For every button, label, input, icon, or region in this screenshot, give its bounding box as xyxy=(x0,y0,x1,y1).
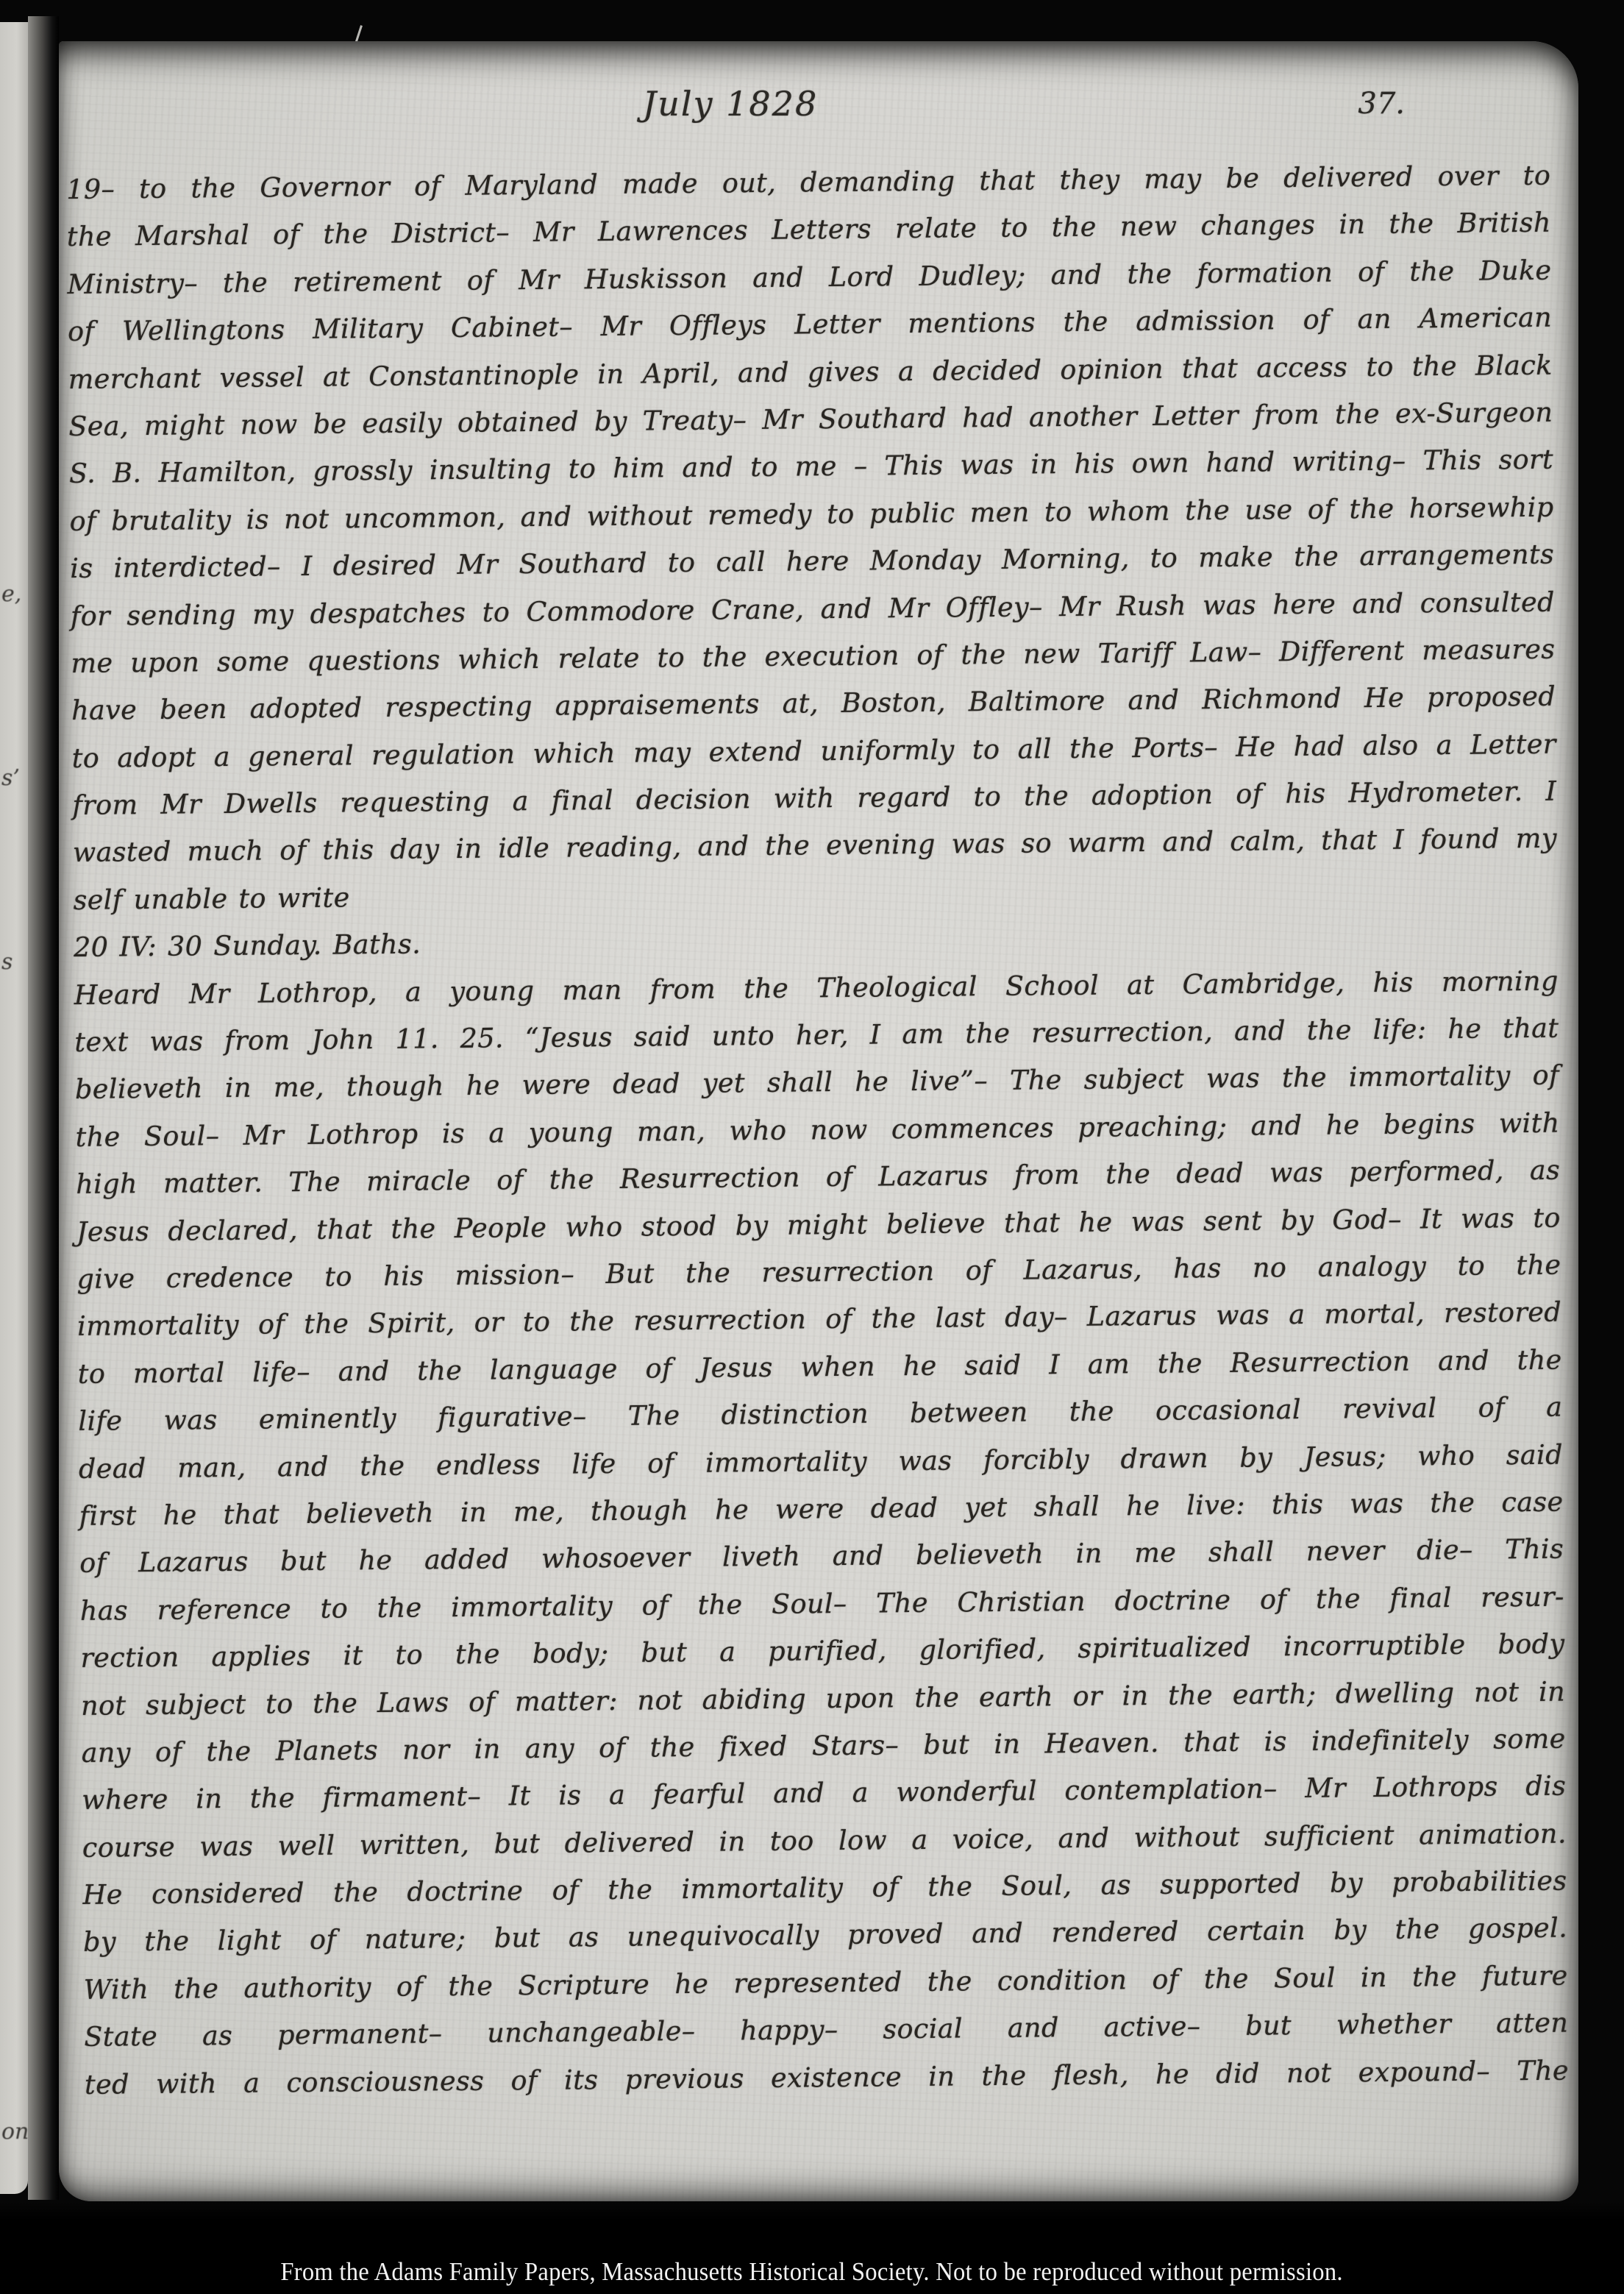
date-heading: July 1828 xyxy=(59,84,1402,124)
scanned-diary-page: { "page": { "header": { "date_heading": … xyxy=(0,0,1624,2294)
credit-text: From the Adams Family Papers, Massachuse… xyxy=(281,2257,1343,2287)
facing-page-ink-fragment: on xyxy=(1,2119,29,2145)
facing-page-edge: e, s’ s on xyxy=(0,22,28,2194)
credit-footer: From the Adams Family Papers, Massachuse… xyxy=(0,2201,1624,2294)
page-number: 37. xyxy=(1358,87,1405,121)
book-gutter-shadow xyxy=(28,16,59,2200)
facing-page-ink-fragment: s xyxy=(1,949,13,975)
manuscript-text: 19– to the Governor of Maryland made out… xyxy=(66,152,1569,2109)
facing-page-ink-fragment: e, xyxy=(1,581,21,607)
manuscript-header: July 1828 37. xyxy=(59,84,1578,135)
manuscript-paper: July 1828 37. 19– to the Governor of Mar… xyxy=(59,41,1578,2201)
facing-page-ink-fragment: s’ xyxy=(1,765,20,791)
